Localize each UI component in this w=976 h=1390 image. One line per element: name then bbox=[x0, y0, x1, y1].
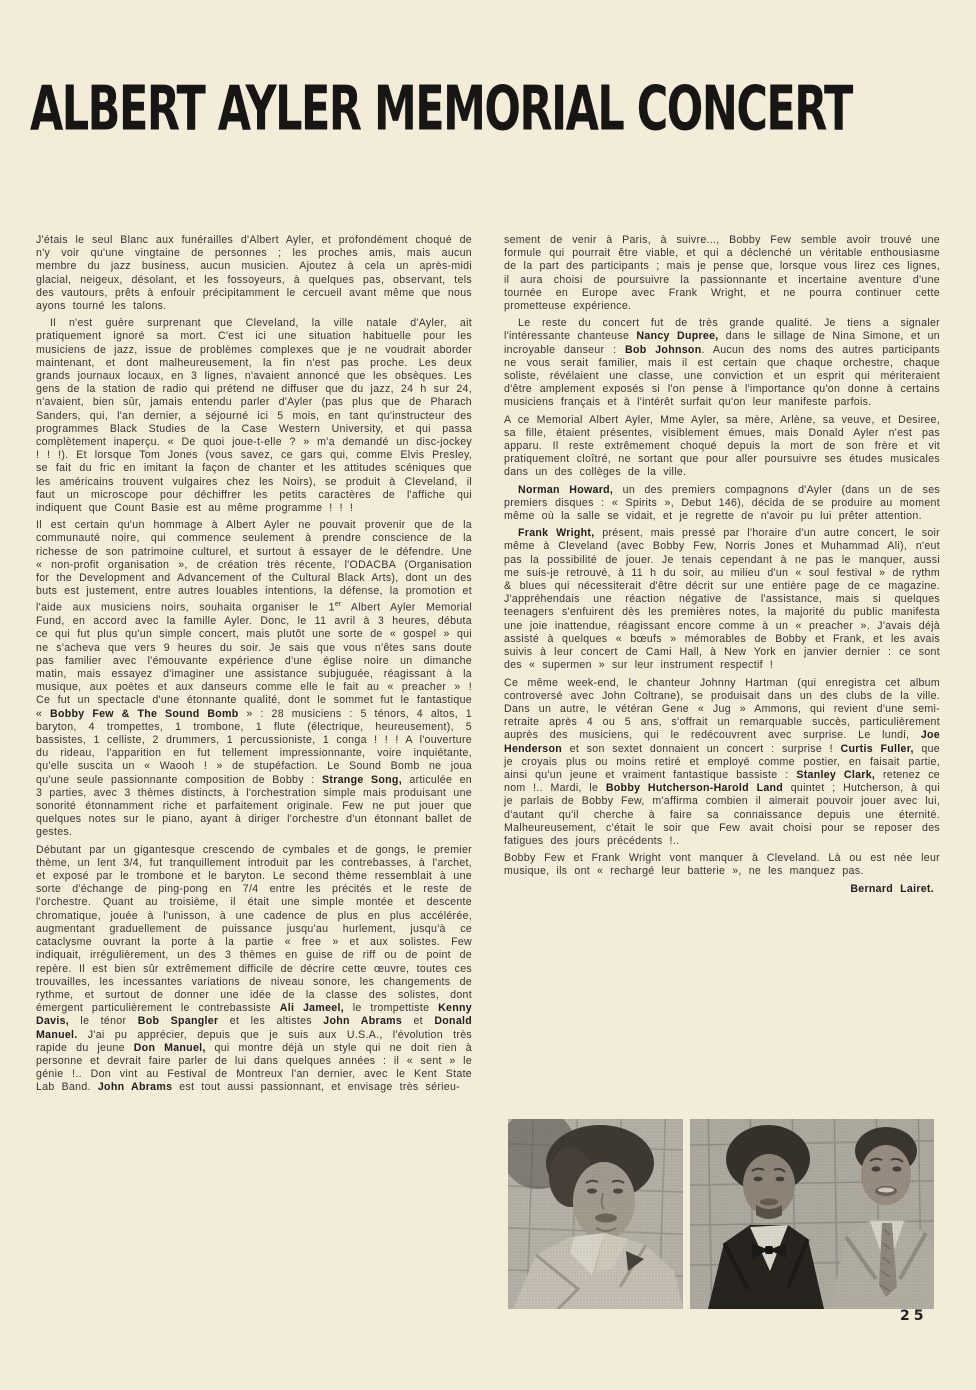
body-text: et son sextet donnaient un concert : sur… bbox=[562, 743, 840, 755]
musician-name: Bobby Hutcherson-Harold Land bbox=[606, 782, 783, 794]
musician-name: Curtis Fuller, bbox=[841, 743, 914, 755]
body-text: Ce même week-end, le chanteur Johnny Har… bbox=[504, 677, 940, 742]
body-text: et les altistes bbox=[218, 1015, 323, 1027]
author-byline: Bernard Lairet. bbox=[504, 883, 940, 896]
article-paragraph: Ce même week-end, le chanteur Johnny Har… bbox=[504, 677, 940, 849]
article-column-left: J'étais le seul Blanc aux funérailles d'… bbox=[36, 234, 472, 1095]
musician-name: Stanley Clark, bbox=[796, 769, 875, 781]
body-text: le ténor bbox=[69, 1015, 138, 1027]
page-number: 25 bbox=[900, 1308, 927, 1324]
musician-name: Norman Howard, bbox=[518, 484, 613, 496]
musician-name: Bob Johnson bbox=[625, 344, 701, 356]
musician-name: Bob Spangler bbox=[138, 1015, 219, 1027]
article-paragraph: A ce Memorial Albert Ayler, Mme Ayler, s… bbox=[504, 414, 940, 480]
body-text: Il n'est guère surprenant que Cleveland,… bbox=[36, 317, 472, 514]
article-column-right: sement de venir à Paris, à suivre..., Bo… bbox=[504, 234, 940, 896]
musician-name: Bobby Few & The Sound Bomb bbox=[50, 708, 239, 720]
body-text: Il est certain qu'un hommage à Albert Ay… bbox=[36, 519, 472, 614]
body-text: J'étais le seul Blanc aux funérailles d'… bbox=[36, 234, 472, 312]
article-paragraph: Norman Howard, un des premiers compagnon… bbox=[504, 484, 940, 524]
musician-name: Don Manuel, bbox=[134, 1042, 206, 1054]
page-title: ALBERT AYLER MEMORIAL CONCERT bbox=[30, 74, 852, 145]
musician-name: John Abrams bbox=[323, 1015, 402, 1027]
article-paragraph: Il est certain qu'un hommage à Albert Ay… bbox=[36, 519, 472, 839]
photo-two-musicians bbox=[690, 1119, 934, 1309]
musician-name: Strange Song, bbox=[322, 774, 402, 786]
magazine-page: ALBERT AYLER MEMORIAL CONCERT J'étais le… bbox=[0, 0, 976, 1390]
body-text: Bobby Few et Frank Wright vont manquer à… bbox=[504, 852, 940, 877]
article-paragraph: Frank Wright, présent, mais pressé par l… bbox=[504, 527, 940, 672]
body-text: Débutant par un gigantesque crescendo de… bbox=[36, 844, 472, 1014]
musician-name: John Abrams bbox=[98, 1081, 172, 1093]
body-text: le trompettiste bbox=[344, 1002, 438, 1014]
musician-name: Ali Jameel, bbox=[280, 1002, 344, 1014]
photo-young-musician bbox=[508, 1119, 683, 1309]
article-paragraph: Il n'est guère surprenant que Cleveland,… bbox=[36, 317, 472, 515]
musician-name: Frank Wright, bbox=[518, 527, 595, 539]
body-text: A ce Memorial Albert Ayler, Mme Ayler, s… bbox=[504, 414, 940, 479]
article-paragraph: sement de venir à Paris, à suivre..., Bo… bbox=[504, 234, 940, 313]
body-text: et bbox=[402, 1015, 434, 1027]
musician-name: Nancy Dupree, bbox=[636, 330, 718, 342]
article-paragraph: J'étais le seul Blanc aux funérailles d'… bbox=[36, 234, 472, 313]
body-text: est tout aussi passionnant, et envisage … bbox=[172, 1081, 460, 1093]
body-text: présent, mais pressé par l'horaire d'un … bbox=[504, 527, 940, 671]
article-paragraph: Débutant par un gigantesque crescendo de… bbox=[36, 844, 472, 1095]
body-text: sement de venir à Paris, à suivre..., Bo… bbox=[504, 234, 940, 312]
article-paragraph: Le reste du concert fut de très grande q… bbox=[504, 317, 940, 409]
article-paragraph: Bobby Few et Frank Wright vont manquer à… bbox=[504, 852, 940, 878]
body-text: Albert Ayler Memorial Fund, en accord av… bbox=[36, 602, 472, 720]
